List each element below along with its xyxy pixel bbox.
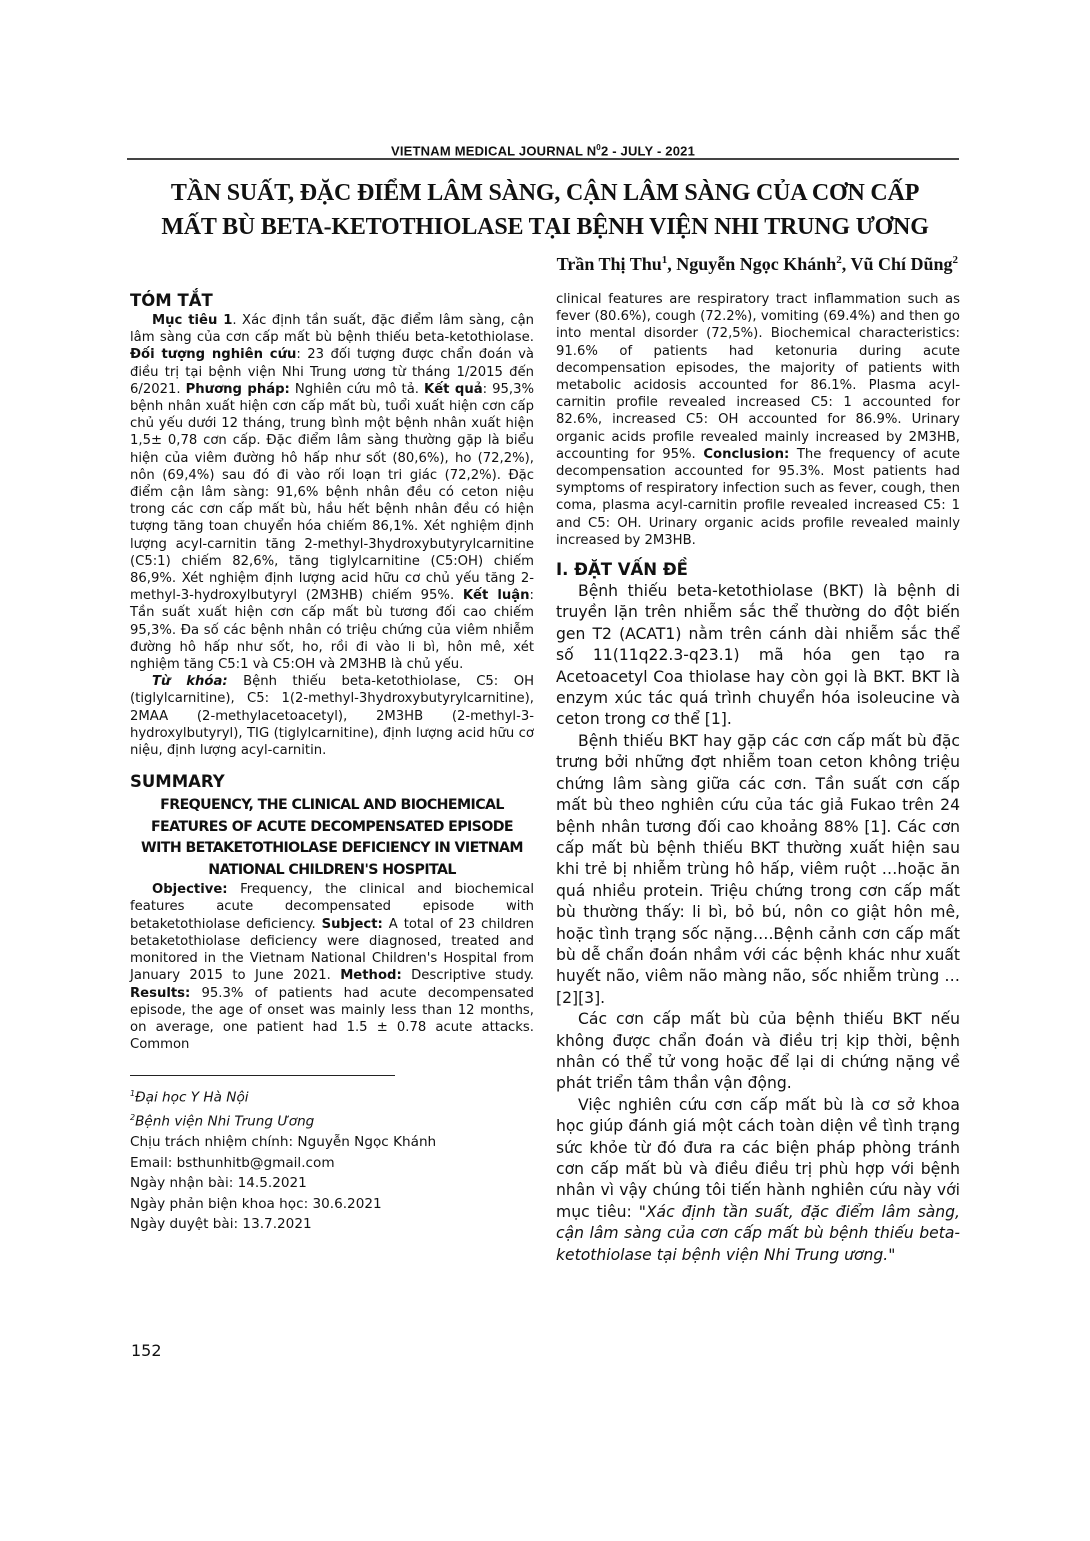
footnote-reviewed-date: Ngày phản biện khoa học: 30.6.2021 [130, 1194, 534, 1215]
author-name: Vũ Chí Dũng [850, 254, 952, 274]
affiliation-text: Đại học Y Hà Nội [135, 1090, 248, 1106]
author-separator: , [667, 254, 676, 274]
label-results: Results: [130, 986, 190, 1001]
journal-running-header: VIETNAM MEDICAL JOURNAL N02 - JULY - 202… [127, 143, 959, 158]
left-column: TÓM TẮT Mục tiêu 1. Xác định tần suất, đ… [130, 290, 534, 1235]
affiliation-text: Bệnh viện Nhi Trung Ương [135, 1114, 314, 1130]
summary-abstract-part-2: clinical features are respiratory tract … [556, 291, 960, 549]
text-results-right: clinical features are respiratory tract … [556, 292, 960, 462]
article-title-line-2: MẤT BÙ BETA-KETOTHIOLASE TẠI BỆNH VIỆN N… [120, 210, 970, 244]
text-results-left: 95.3% of patients had acute decompensate… [130, 986, 534, 1053]
label-tu-khoa: Từ khóa: [152, 674, 228, 689]
text-ket-qua: : 95,3% bệnh nhân xuất hiện cơn cấp mất … [130, 382, 534, 603]
label-muc-tieu: Mục tiêu 1 [152, 313, 232, 328]
introduction-paragraph-objective: Việc nghiên cứu cơn cấp mất bù là cơ sở … [556, 1095, 960, 1266]
author-affiliation-mark: 2 [953, 254, 959, 266]
label-phuong-phap: Phương pháp: [186, 382, 290, 397]
label-doi-tuong: Đối tượng nghiên cứu [130, 347, 296, 362]
author-list: Trần Thị Thu1, Nguyễn Ngọc Khánh2, Vũ Ch… [557, 254, 958, 275]
right-column: clinical features are respiratory tract … [556, 291, 960, 1266]
article-title: TẦN SUẤT, ĐẶC ĐIỂM LÂM SÀNG, CẬN LÂM SÀN… [120, 176, 970, 244]
footnote-approved-date: Ngày duyệt bài: 13.7.2021 [130, 1214, 534, 1235]
introduction-heading: I. ĐẶT VẤN ĐỀ [556, 559, 960, 581]
label-objective: Objective: [152, 882, 228, 897]
label-ket-qua: Kết quả [424, 382, 483, 397]
author-name: Nguyễn Ngọc Khánh [676, 254, 836, 274]
footnotes: 1Đại học Y Hà Nội 2Bệnh viện Nhi Trung Ư… [130, 1084, 534, 1235]
journal-name: VIETNAM MEDICAL JOURNAL N [391, 143, 596, 158]
tomtat-abstract: Mục tiêu 1. Xác định tần suất, đặc điểm … [130, 312, 534, 673]
label-conclusion: Conclusion: [703, 447, 789, 462]
footnote-rule [130, 1075, 395, 1076]
label-method: Method: [340, 968, 402, 983]
summary-heading: SUMMARY [130, 771, 534, 793]
journal-page: VIETNAM MEDICAL JOURNAL N02 - JULY - 202… [0, 0, 1090, 1541]
footnote-responsible-author: Chịu trách nhiệm chính: Nguyễn Ngọc Khán… [130, 1132, 534, 1153]
footnote-affiliation-2: 2Bệnh viện Nhi Trung Ương [130, 1108, 534, 1132]
text-phuong-phap: Nghiên cứu mô tả. [290, 382, 424, 397]
tomtat-keywords: Từ khóa: Bệnh thiếu beta-ketothiolase, C… [130, 673, 534, 759]
english-title: FREQUENCY, THE CLINICAL AND BIOCHEMICAL … [130, 795, 534, 881]
author-name: Trần Thị Thu [557, 254, 662, 274]
article-title-line-1: TẦN SUẤT, ĐẶC ĐIỂM LÂM SÀNG, CẬN LÂM SÀN… [120, 176, 970, 210]
introduction-body: Bệnh thiếu beta-ketothiolase (BKT) là bệ… [556, 581, 960, 1266]
introduction-paragraph: Bệnh thiếu BKT hay gặp các cơn cấp mất b… [556, 731, 960, 1009]
footnote-received-date: Ngày nhận bài: 14.5.2021 [130, 1173, 534, 1194]
footnote-affiliation-1: 1Đại học Y Hà Nội [130, 1084, 534, 1108]
footnote-email: Email: bsthunhitb@gmail.com [130, 1153, 534, 1174]
page-number: 152 [131, 1341, 162, 1360]
header-rule [127, 158, 959, 160]
tomtat-heading: TÓM TẮT [130, 290, 534, 312]
summary-abstract-part-1: Objective: Frequency, the clinical and b… [130, 881, 534, 1053]
introduction-paragraph: Bệnh thiếu beta-ketothiolase (BKT) là bệ… [556, 581, 960, 731]
label-ket-luan: Kết luận [463, 588, 530, 603]
introduction-paragraph: Các cơn cấp mất bù của bệnh thiếu BKT nế… [556, 1009, 960, 1095]
text-method: Descriptive study. [402, 968, 534, 983]
label-subject: Subject: [322, 917, 383, 932]
journal-issue-date: 2 - JULY - 2021 [601, 143, 695, 158]
